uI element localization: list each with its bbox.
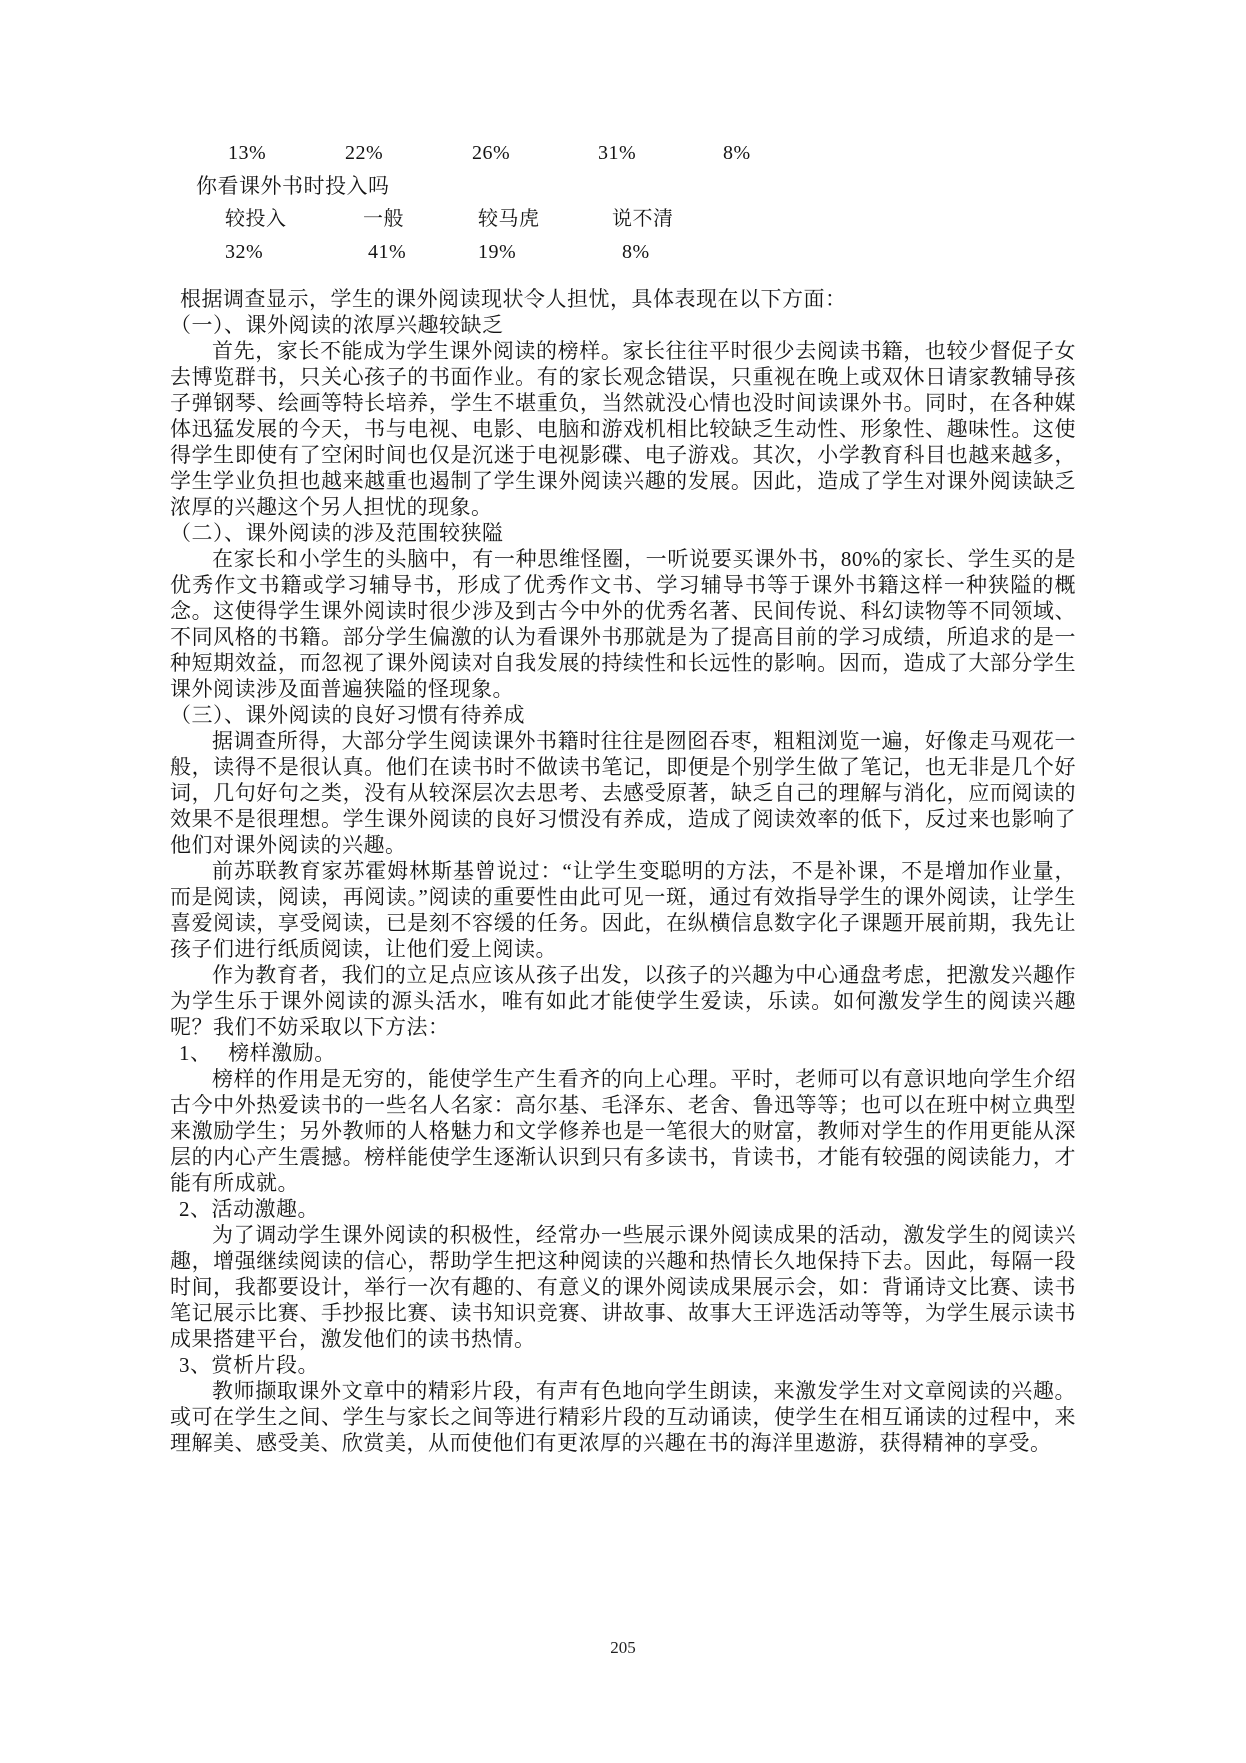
survey-options-row: 较投入 一般 较马虎 说不清 — [170, 206, 1076, 239]
section-heading-1: （一）、课外阅读的浓厚兴趣较缺乏 — [170, 312, 1076, 338]
survey-percent-row-1: 13% 22% 26% 31% 8% — [170, 140, 1076, 173]
survey-option: 较马虎 — [478, 206, 540, 232]
percent-value: 8% — [723, 140, 751, 166]
percent-value: 19% — [478, 239, 516, 265]
document-content: 13% 22% 26% 31% 8% 你看课外书时投入吗 较投入 一般 较马虎 … — [170, 140, 1076, 1456]
survey-option: 一般 — [363, 206, 404, 232]
percent-value: 26% — [472, 140, 510, 166]
percent-value: 41% — [368, 239, 406, 265]
survey-question: 你看课外书时投入吗 — [170, 173, 1076, 206]
paragraph: 教师撷取课外文章中的精彩片段，有声有色地向学生朗读，来激发学生对文章阅读的兴趣。… — [170, 1378, 1076, 1456]
survey-percent-row-2: 32% 41% 19% 8% — [170, 239, 1076, 272]
paragraph: 前苏联教育家苏霍姆林斯基曾说过：“让学生变聪明的方法，不是补课，不是增加作业量，… — [170, 858, 1076, 962]
section-heading-2: （二）、课外阅读的涉及范围较狭隘 — [170, 520, 1076, 546]
paragraph: 为了调动学生课外阅读的积极性，经常办一些展示课外阅读成果的活动，激发学生的阅读兴… — [170, 1222, 1076, 1352]
paragraph: 据调查所得，大部分学生阅读课外书籍时往往是囫囵吞枣，粗粗浏览一遍，好像走马观花一… — [170, 728, 1076, 858]
document-page: 13% 22% 26% 31% 8% 你看课外书时投入吗 较投入 一般 较马虎 … — [0, 0, 1246, 1763]
list-item-3-title: 3、赏析片段。 — [170, 1352, 1076, 1378]
page-number: 205 — [0, 1638, 1246, 1658]
survey-option: 较投入 — [225, 206, 287, 232]
survey-option: 说不清 — [612, 206, 674, 232]
section-heading-3: （三）、课外阅读的良好习惯有待养成 — [170, 702, 1076, 728]
survey-results: 13% 22% 26% 31% 8% 你看课外书时投入吗 较投入 一般 较马虎 … — [170, 140, 1076, 272]
percent-value: 13% — [228, 140, 266, 166]
percent-value: 8% — [622, 239, 650, 265]
percent-value: 32% — [225, 239, 263, 265]
percent-value: 22% — [345, 140, 383, 166]
paragraph: 榜样的作用是无穷的，能使学生产生看齐的向上心理。平时，老师可以有意识地向学生介绍… — [170, 1066, 1076, 1196]
paragraph: 首先，家长不能成为学生课外阅读的榜样。家长往往平时很少去阅读书籍，也较少督促子女… — [170, 338, 1076, 520]
list-item-2-title: 2、活动激趣。 — [170, 1196, 1076, 1222]
paragraph: 在家长和小学生的头脑中，有一种思维怪圈，一听说要买课外书，80%的家长、学生买的… — [170, 546, 1076, 702]
paragraph-intro: 根据调查显示，学生的课外阅读现状令人担忧，具体表现在以下方面： — [170, 286, 1076, 312]
list-item-1-title: 1、 榜样激励。 — [170, 1040, 1076, 1066]
percent-value: 31% — [598, 140, 636, 166]
paragraph: 作为教育者，我们的立足点应该从孩子出发，以孩子的兴趣为中心通盘考虑，把激发兴趣作… — [170, 962, 1076, 1040]
